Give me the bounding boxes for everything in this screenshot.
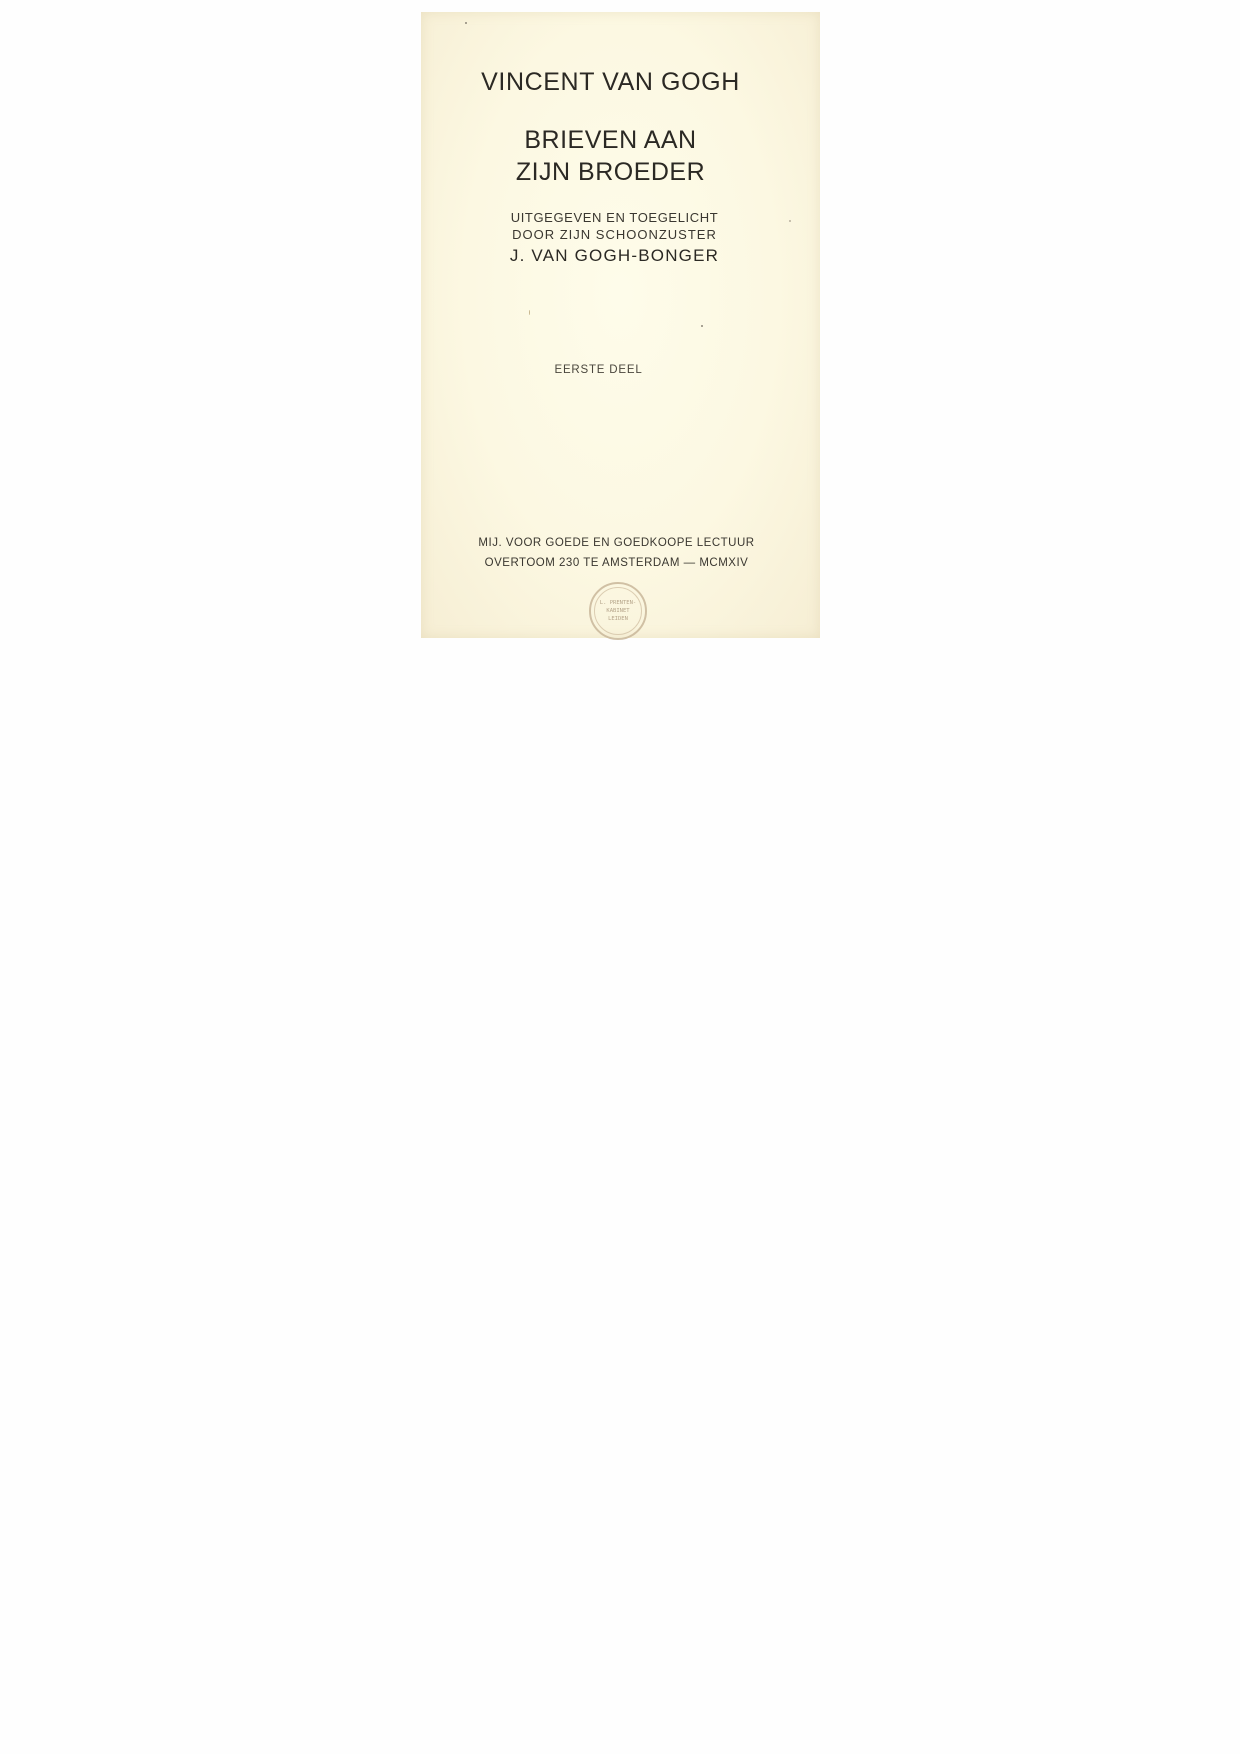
title-page: VINCENT VAN GOGH BRIEVEN AAN ZIJN BROEDE… [421, 12, 820, 638]
stamp-inner-ring [594, 587, 642, 635]
paper-speck [529, 310, 530, 315]
volume-label: EERSTE DEEL [399, 364, 798, 376]
author-name: VINCENT VAN GOGH [411, 68, 810, 97]
credit-line-1: UITGEGEVEN EN TOEGELICHT [415, 210, 814, 225]
editor-name: J. VAN GOGH-BONGER [415, 246, 814, 266]
publisher-line-1: MIJ. VOOR GOEDE EN GOEDKOOPE LECTUUR [417, 537, 816, 549]
library-stamp: L. PRENTEN- KABINET LEIDEN [589, 582, 647, 640]
credit-line-2: DOOR ZIJN SCHOONZUSTER [415, 227, 814, 242]
publisher-line-2: OVERTOOM 230 TE AMSTERDAM — MCMXIV [417, 557, 816, 569]
book-title-line-2: ZIJN BROEDER [411, 158, 810, 187]
paper-speck [701, 325, 703, 327]
paper-speck [465, 22, 467, 24]
book-title-line-1: BRIEVEN AAN [411, 126, 810, 155]
